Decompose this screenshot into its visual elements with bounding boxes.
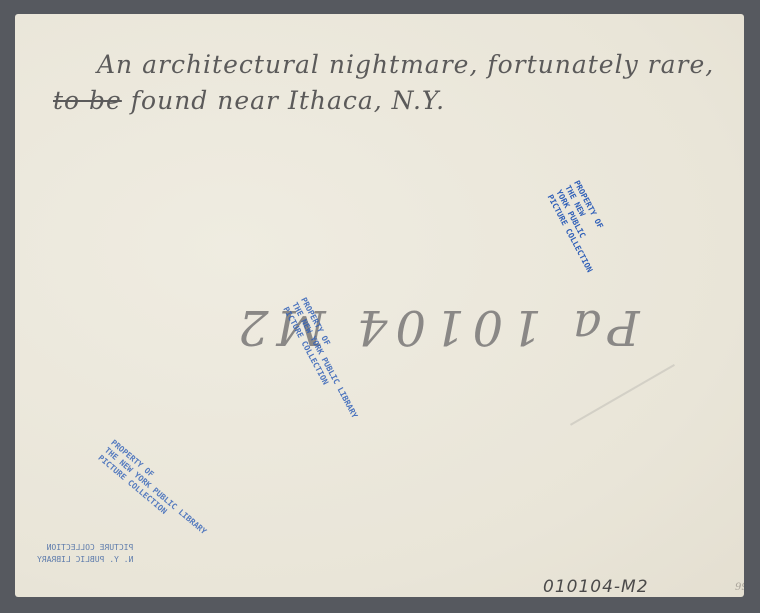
mirrored-stamp-line-2: N. Y. PUBLIC LIBRARY (37, 554, 133, 566)
faint-pencil-mark (570, 364, 675, 426)
library-stamp-1: PROPERTY OF THE NEW YORK PUBLIC PICTURE … (545, 179, 621, 274)
caption-line-1: An architectural nightmare, fortunately … (97, 50, 714, 79)
mirrored-stamp-line-1: PICTURE COLLECTION (37, 542, 133, 554)
caption-struck-text: to be (53, 86, 122, 115)
mirrored-stamp: PICTURE COLLECTION N. Y. PUBLIC LIBRARY (37, 542, 133, 566)
photo-back-paper: An architectural nightmare, fortunately … (15, 14, 744, 597)
catalog-number: 010104-M2 (543, 577, 649, 597)
library-stamp-3: PROPERTY OF THE NEW YORK PUBLIC LIBRARY … (96, 438, 215, 545)
corner-note: 99c (735, 582, 744, 593)
caption-line-2: to be found near Ithaca, N.Y. (53, 86, 445, 115)
caption-line-2-text: found near Ithaca, N.Y. (122, 86, 445, 115)
stamp-line: THE NEW YORK PUBLIC LIBRARY (102, 446, 208, 537)
